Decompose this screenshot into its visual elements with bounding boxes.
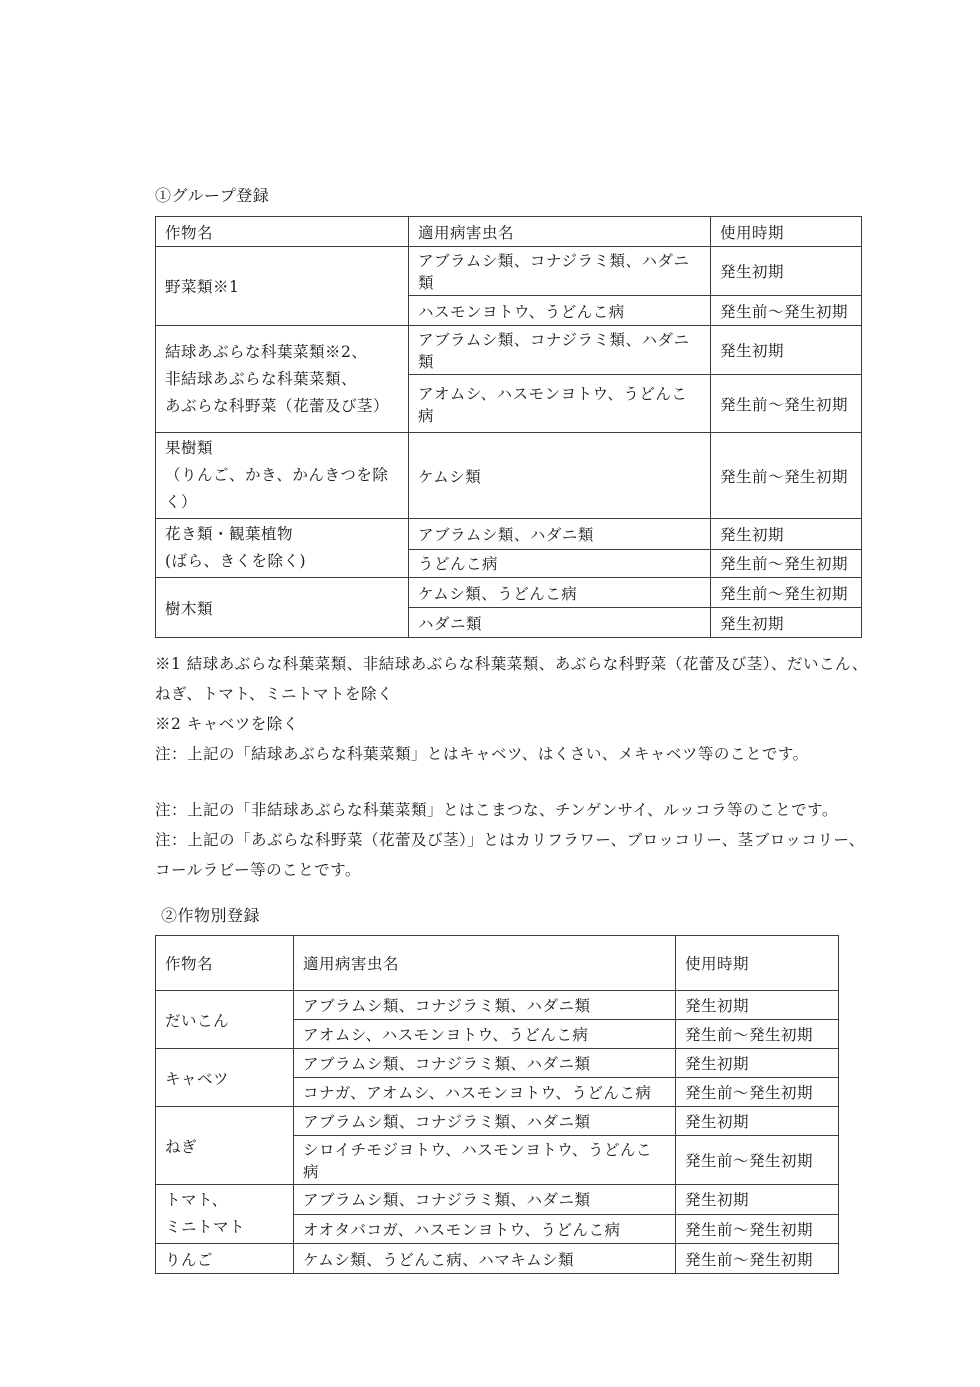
table-header-row: 作物名 適用病害虫名 使用時期 bbox=[156, 936, 839, 991]
section1-title: ①グループ登録 bbox=[155, 185, 885, 207]
pest-cell: ハダニ類 bbox=[409, 608, 711, 638]
table-row: だいこん アブラムシ類、コナジラミ類、ハダニ類 発生初期 bbox=[156, 991, 839, 1020]
pest-cell: アブラムシ類、コナジラミ類、ハダニ類 bbox=[294, 991, 676, 1020]
timing-cell: 発生前～発生初期 bbox=[676, 1214, 839, 1244]
crop-cell: 野菜類※1 bbox=[156, 247, 409, 326]
table-row: 樹木類 ケムシ類、うどんこ病 発生前～発生初期 bbox=[156, 578, 862, 608]
timing-cell: 発生前～発生初期 bbox=[676, 1136, 839, 1185]
table-header-row: 作物名 適用病害虫名 使用時期 bbox=[156, 217, 862, 247]
timing-cell: 発生初期 bbox=[676, 991, 839, 1020]
table-row: 花き類・観葉植物 (ばら、きくを除く) アブラムシ類、ハダニ類 発生初期 bbox=[156, 519, 862, 550]
timing-cell: 発生初期 bbox=[676, 1185, 839, 1215]
group-registration-table: 作物名 適用病害虫名 使用時期 野菜類※1 アブラムシ類、コナジラミ類、ハダニ類… bbox=[155, 216, 862, 638]
timing-cell: 発生前～発生初期 bbox=[676, 1020, 839, 1049]
footnote: 注：上記の「非結球あぶらな科葉菜類」とはこまつな、チンゲンサイ、ルッコラ等のこと… bbox=[155, 795, 877, 825]
crop-cell: だいこん bbox=[156, 991, 294, 1049]
pest-cell: アブラムシ類、コナジラミ類、ハダニ類 bbox=[409, 247, 711, 296]
pest-cell: アオムシ、ハスモンヨトウ、うどんこ病 bbox=[294, 1020, 676, 1049]
crop-cell: ねぎ bbox=[156, 1107, 294, 1185]
timing-cell: 発生初期 bbox=[711, 326, 862, 375]
column-header-pest: 適用病害虫名 bbox=[409, 217, 711, 247]
timing-cell: 発生前～発生初期 bbox=[676, 1078, 839, 1107]
table-row: 果樹類 （りんご、かき、かんきつを除く） ケムシ類 発生前～発生初期 bbox=[156, 433, 862, 519]
crop-cell: トマト、 ミニトマト bbox=[156, 1185, 294, 1244]
column-header-pest: 適用病害虫名 bbox=[294, 936, 676, 991]
pest-cell: ハスモンヨトウ、うどんこ病 bbox=[409, 296, 711, 326]
crop-cell: 樹木類 bbox=[156, 578, 409, 638]
timing-cell: 発生前～発生初期 bbox=[676, 1244, 839, 1274]
pest-cell: アブラムシ類、コナジラミ類、ハダニ類 bbox=[294, 1049, 676, 1078]
column-header-timing: 使用時期 bbox=[676, 936, 839, 991]
timing-cell: 発生初期 bbox=[676, 1049, 839, 1078]
pest-cell: アブラムシ類、コナジラミ類、ハダニ類 bbox=[294, 1185, 676, 1215]
column-header-crop: 作物名 bbox=[156, 217, 409, 247]
timing-cell: 発生前～発生初期 bbox=[711, 375, 862, 433]
timing-cell: 発生初期 bbox=[711, 519, 862, 550]
table-row: 結球あぶらな科葉菜類※2、 非結球あぶらな科葉菜類、 あぶらな科野菜（花蕾及び茎… bbox=[156, 326, 862, 375]
pest-cell: コナガ、アオムシ、ハスモンヨトウ、うどんこ病 bbox=[294, 1078, 676, 1107]
footnote: ※2 キャベツを除く bbox=[155, 709, 877, 739]
crop-cell: 花き類・観葉植物 (ばら、きくを除く) bbox=[156, 519, 409, 578]
table-row: りんご ケムシ類、うどんこ病、ハマキムシ類 発生前～発生初期 bbox=[156, 1244, 839, 1274]
section2-title: ②作物別登録 bbox=[161, 905, 885, 927]
timing-cell: 発生前～発生初期 bbox=[711, 578, 862, 608]
timing-cell: 発生前～発生初期 bbox=[711, 433, 862, 519]
table-row: トマト、 ミニトマト アブラムシ類、コナジラミ類、ハダニ類 発生初期 bbox=[156, 1185, 839, 1215]
column-header-timing: 使用時期 bbox=[711, 217, 862, 247]
table-row: キャベツ アブラムシ類、コナジラミ類、ハダニ類 発生初期 bbox=[156, 1049, 839, 1078]
pest-cell: アブラムシ類、ハダニ類 bbox=[409, 519, 711, 550]
timing-cell: 発生初期 bbox=[676, 1107, 839, 1136]
crop-cell: 果樹類 （りんご、かき、かんきつを除く） bbox=[156, 433, 409, 519]
crop-registration-table: 作物名 適用病害虫名 使用時期 だいこん アブラムシ類、コナジラミ類、ハダニ類 … bbox=[155, 935, 839, 1274]
pest-cell: ケムシ類 bbox=[409, 433, 711, 519]
pest-cell: アブラムシ類、コナジラミ類、ハダニ類 bbox=[294, 1107, 676, 1136]
crop-cell: 結球あぶらな科葉菜類※2、 非結球あぶらな科葉菜類、 あぶらな科野菜（花蕾及び茎… bbox=[156, 326, 409, 433]
footnote: ※1 結球あぶらな科葉菜類、非結球あぶらな科葉菜類、あぶらな科野菜（花蕾及び茎）… bbox=[155, 649, 877, 709]
column-header-crop: 作物名 bbox=[156, 936, 294, 991]
footnotes: ※1 結球あぶらな科葉菜類、非結球あぶらな科葉菜類、あぶらな科野菜（花蕾及び茎）… bbox=[155, 649, 877, 885]
crop-cell: りんご bbox=[156, 1244, 294, 1274]
timing-cell: 発生初期 bbox=[711, 608, 862, 638]
pest-cell: アブラムシ類、コナジラミ類、ハダニ類 bbox=[409, 326, 711, 375]
table-row: 野菜類※1 アブラムシ類、コナジラミ類、ハダニ類 発生初期 bbox=[156, 247, 862, 296]
pest-cell: アオムシ、ハスモンヨトウ、うどんこ病 bbox=[409, 375, 711, 433]
footnote: 注：上記の「結球あぶらな科葉菜類」とはキャベツ、はくさい、メキャベツ等のことです… bbox=[155, 739, 877, 769]
pest-cell: ケムシ類、うどんこ病、ハマキムシ類 bbox=[294, 1244, 676, 1274]
timing-cell: 発生初期 bbox=[711, 247, 862, 296]
table-row: ねぎ アブラムシ類、コナジラミ類、ハダニ類 発生初期 bbox=[156, 1107, 839, 1136]
crop-cell: キャベツ bbox=[156, 1049, 294, 1107]
footnote: 注：上記の「あぶらな科野菜（花蕾及び茎）」とはカリフラワー、ブロッコリー、茎ブロ… bbox=[155, 825, 877, 885]
page-content: ①グループ登録 作物名 適用病害虫名 使用時期 野菜類※1 アブラムシ類、コナジ… bbox=[155, 185, 885, 1274]
timing-cell: 発生前～発生初期 bbox=[711, 549, 862, 577]
pest-cell: シロイチモジヨトウ、ハスモンヨトウ、うどんこ病 bbox=[294, 1136, 676, 1185]
pest-cell: うどんこ病 bbox=[409, 549, 711, 577]
pest-cell: ケムシ類、うどんこ病 bbox=[409, 578, 711, 608]
timing-cell: 発生前～発生初期 bbox=[711, 296, 862, 326]
pest-cell: オオタバコガ、ハスモンヨトウ、うどんこ病 bbox=[294, 1214, 676, 1244]
